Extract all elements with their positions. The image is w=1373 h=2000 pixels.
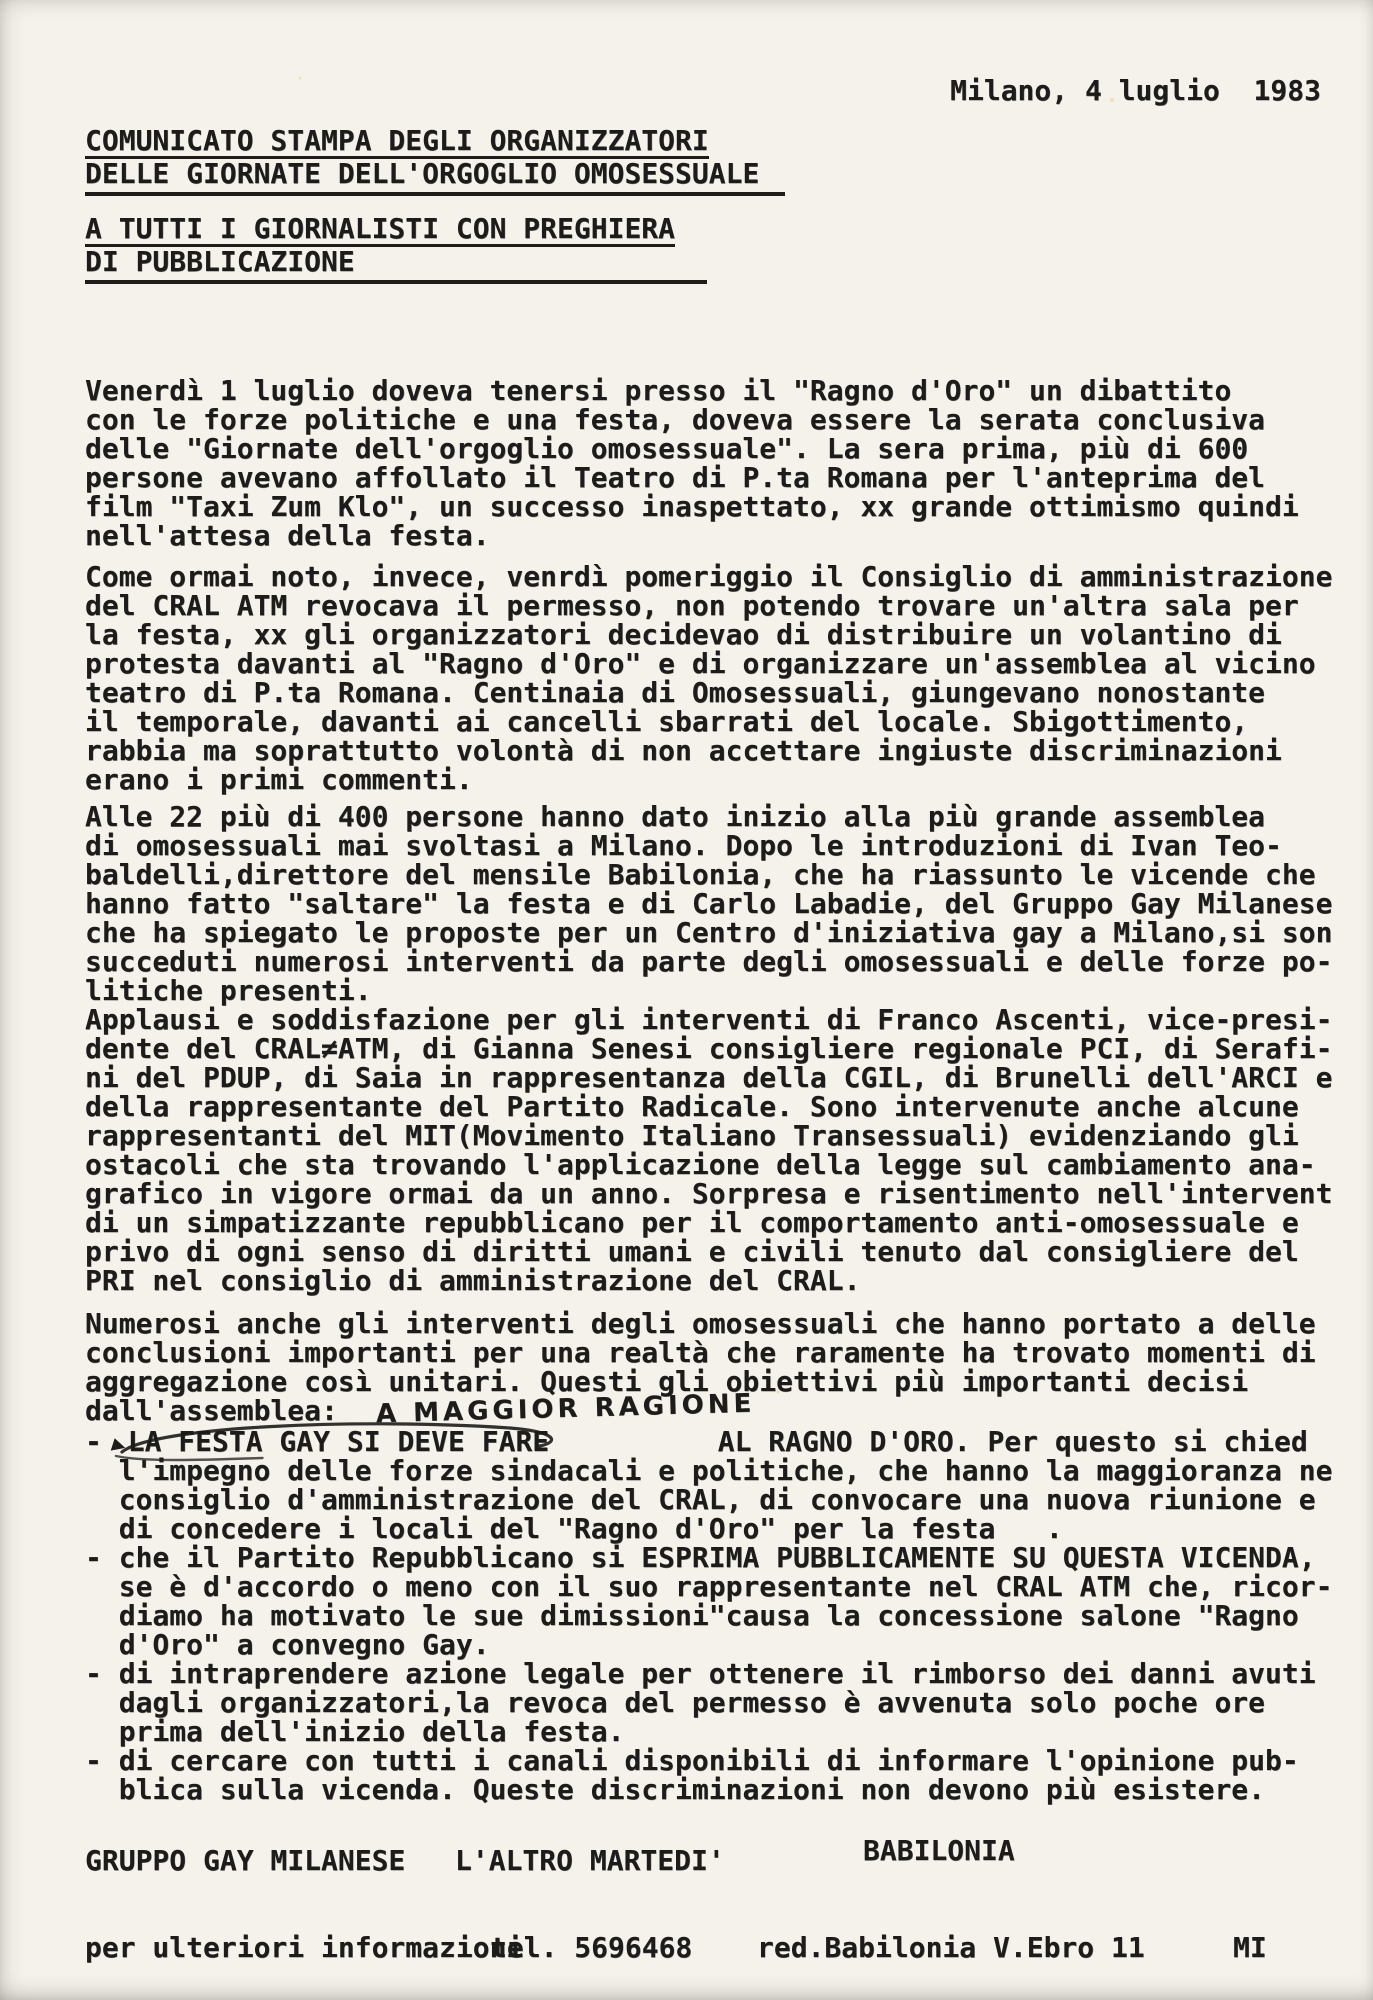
list-item-opinione-pubblica: - di cercare con tutti i canali disponib…: [85, 1746, 1373, 1804]
subtitle-line-1-text: A TUTTI I GIORNALISTI CON PREGHIERA: [85, 214, 675, 247]
paragraph-assemblea: Alle 22 più di 400 persone hanno dato in…: [85, 802, 1373, 1295]
assemblea-lead-text: dall'assemblea:: [85, 1394, 338, 1427]
page-content: COMUNICATO STAMPA DEGLI ORGANIZZATORI DE…: [85, 0, 1373, 1962]
press-release-title: COMUNICATO STAMPA DEGLI ORGANIZZATORI DE…: [85, 0, 1373, 196]
handwritten-insertion-note: A MAGGIOR RAGIONE: [375, 1390, 755, 1430]
objectives-list: - LA FESTA GAY SI DEVE FARE AL RAGNO D'O…: [85, 1427, 1373, 1804]
title-line-2-text: DELLE GIORNATE DELL'ORGOGLIO OMOSESSUALE: [85, 157, 759, 190]
footer-contact-info: per ulteriori informazioni tel. 5696468 …: [85, 1933, 1373, 1962]
paragraph-intro: Venerdì 1 luglio doveva tenersi presso i…: [85, 376, 1373, 550]
subtitle-line-2-text: DI PUBBLICAZIONE: [85, 245, 355, 278]
subtitle-line-1: A TUTTI I GIORNALISTI CON PREGHIERA: [85, 214, 1373, 247]
footer-organizations: GRUPPO GAY MILANESE L'ALTRO MARTEDI' BAB…: [85, 1846, 1373, 1875]
paragraph-revoca: Come ormai noto, invece, venrdì pomerigg…: [85, 562, 1373, 794]
paragraph-conclusioni: Numerosi anche gli interventi degli omos…: [85, 1309, 1373, 1396]
list-item-festa: - LA FESTA GAY SI DEVE FARE AL RAGNO D'O…: [85, 1427, 1373, 1543]
title-line-1: COMUNICATO STAMPA DEGLI ORGANIZZATORI: [85, 126, 1373, 159]
press-release-subtitle: A TUTTI I GIORNALISTI CON PREGHIERA DI P…: [85, 214, 1373, 284]
footer-info-label: per ulteriori informazioni: [85, 1933, 523, 1962]
scanned-press-release-page: Milano, 4 luglio 1983 COMUNICATO STAMPA …: [0, 0, 1373, 2000]
circled-phrase: LA FESTA GAY SI DEVE FARE: [128, 1427, 549, 1456]
list-item-azione-legale: - di intraprendere azione legale per ott…: [85, 1659, 1373, 1746]
footer-phone: tel. 5696468: [490, 1933, 692, 1962]
assemblea-lead-line: dall'assemblea:A MAGGIOR RAGIONE: [85, 1396, 1373, 1427]
title-line-2: DELLE GIORNATE DELL'ORGOGLIO OMOSESSUALE: [85, 159, 785, 196]
list-item-pri: - che il Partito Repubblicano si ESPRIMA…: [85, 1543, 1373, 1659]
title-line-1-text: COMUNICATO STAMPA DEGLI ORGANIZZATORI: [85, 126, 709, 159]
footer-org-babilonia: BABILONIA: [863, 1836, 1015, 1865]
circled-phrase-text: LA FESTA GAY SI DEVE FARE: [128, 1425, 549, 1458]
footer-address: red.Babilonia V.Ebro 11: [757, 1933, 1145, 1962]
footer-org-gruppo-gay-milanese: GRUPPO GAY MILANESE: [85, 1846, 405, 1875]
footer-city: MI: [1233, 1933, 1267, 1962]
subtitle-line-2: DI PUBBLICAZIONE: [85, 247, 707, 284]
footer-org-altro-martedi: L'ALTRO MARTEDI': [455, 1846, 725, 1875]
